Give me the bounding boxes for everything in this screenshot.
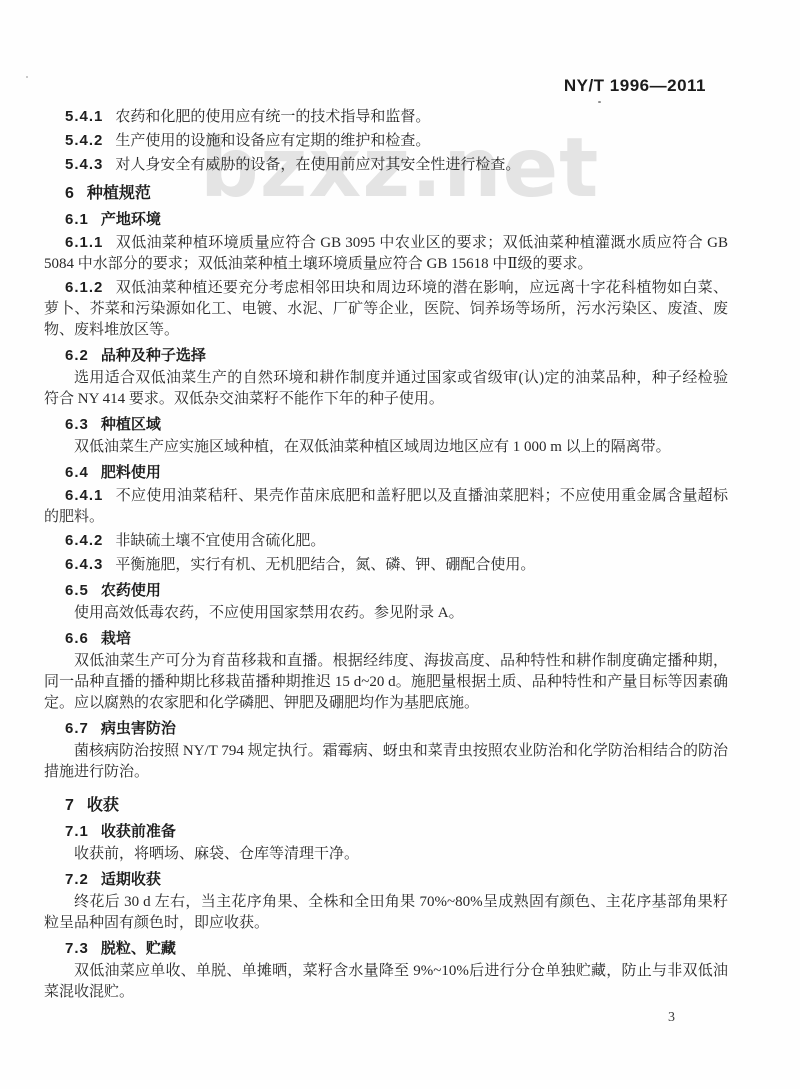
- page-number: 3: [668, 1010, 675, 1026]
- subsection-title: 病虫害防治: [101, 720, 176, 737]
- clause-text: 双低油菜种植环境质量应符合 GB 3095 中农业区的要求；双低油菜种植灌溉水质…: [44, 235, 728, 272]
- subsection-number: 6.2: [65, 347, 89, 364]
- subsection-title: 种植区域: [101, 416, 161, 433]
- paragraph-7-1: 收获前，将晒场、麻袋、仓库等清理干净。: [44, 844, 728, 865]
- subsection-number: 6.7: [65, 720, 89, 737]
- subsection-number: 7.1: [65, 823, 89, 840]
- paragraph-6-3: 双低油菜生产应实施区域种植，在双低油菜种植区域周边地区应有 1 000 m 以上…: [44, 437, 728, 458]
- subsection-title: 品种及种子选择: [101, 347, 206, 364]
- paragraph-7-3: 双低油菜应单收、单脱、单摊晒，菜籽含水量降至 9%~10%后进行分仓单独贮藏，防…: [44, 961, 728, 1003]
- clause-6-4-3: 6.4.3平衡施肥，实行有机、无机肥结合，氮、磷、钾、硼配合使用。: [44, 554, 728, 576]
- section-title: 收获: [87, 797, 119, 814]
- clause-text: 非缺硫土壤不宜使用含硫化肥。: [115, 533, 325, 549]
- clause-6-4-1: 6.4.1不应使用油菜秸秆、果壳作苗床底肥和盖籽肥以及直播油菜肥料；不应使用重金…: [44, 485, 728, 528]
- subsection-6-4-heading: 6.4肥料使用: [44, 462, 728, 483]
- clause-6-1-1: 6.1.1双低油菜种植环境质量应符合 GB 3095 中农业区的要求；双低油菜种…: [44, 232, 728, 275]
- subsection-7-2-heading: 7.2适期收获: [44, 869, 728, 890]
- subsection-title: 脱粒、贮藏: [101, 940, 176, 957]
- standard-number-header: NY/T 1996—2011: [564, 76, 706, 96]
- clause-text: 对人身安全有威胁的设备，在使用前应对其安全性进行检查。: [115, 157, 520, 173]
- clause-number: 5.4.1: [65, 108, 103, 125]
- section-title: 种植规范: [87, 185, 151, 202]
- subsection-title: 栽培: [101, 630, 131, 647]
- subsection-6-6-heading: 6.6栽培: [44, 628, 728, 649]
- subsection-number: 6.1: [65, 211, 89, 228]
- clause-text: 农药和化肥的使用应有统一的技术指导和监督。: [115, 109, 430, 125]
- subsection-title: 农药使用: [101, 582, 161, 599]
- clause-6-1-2: 6.1.2双低油菜种植还要充分考虑相邻田块和周边环境的潜在影响，应远离十字花科植…: [44, 277, 728, 341]
- paragraph-7-2: 终花后 30 d 左右，当主花序角果、全株和全田角果 70%~80%呈成熟固有颜…: [44, 892, 728, 934]
- subsection-number: 6.5: [65, 582, 89, 599]
- clause-number: 5.4.2: [65, 132, 103, 149]
- scan-speck: [26, 76, 28, 78]
- clause-5-4-1: 5.4.1农药和化肥的使用应有统一的技术指导和监督。: [44, 106, 728, 128]
- section-number: 6: [65, 185, 75, 202]
- subsection-title: 适期收获: [101, 871, 161, 888]
- subsection-number: 6.3: [65, 416, 89, 433]
- subsection-number: 7.3: [65, 940, 89, 957]
- subsection-6-7-heading: 6.7病虫害防治: [44, 718, 728, 739]
- paragraph-6-6: 双低油菜生产可分为育苗移栽和直播。根据经纬度、海拔高度、品种特性和耕作制度确定播…: [44, 651, 728, 714]
- section-6-heading: 6种植规范: [44, 183, 728, 204]
- subsection-6-1-heading: 6.1产地环境: [44, 209, 728, 230]
- clause-text: 生产使用的设施和设备应有定期的维护和检查。: [115, 133, 430, 149]
- subsection-7-1-heading: 7.1收获前准备: [44, 821, 728, 842]
- clause-number: 6.1.1: [65, 234, 103, 251]
- paragraph-6-2: 选用适合双低油菜生产的自然环境和耕作制度并通过国家或省级审(认)定的油菜品种，种…: [44, 368, 728, 410]
- scanned-document-page: bzxz.net NY/T 1996—2011 5.4.1农药和化肥的使用应有统…: [0, 0, 800, 1089]
- clause-number: 5.4.3: [65, 156, 103, 173]
- subsection-7-3-heading: 7.3脱粒、贮藏: [44, 938, 728, 959]
- subsection-number: 7.2: [65, 871, 89, 888]
- subsection-6-5-heading: 6.5农药使用: [44, 580, 728, 601]
- subsection-6-2-heading: 6.2品种及种子选择: [44, 345, 728, 366]
- clause-5-4-2: 5.4.2生产使用的设施和设备应有定期的维护和检查。: [44, 130, 728, 152]
- scan-speck: [598, 101, 601, 103]
- document-body: 5.4.1农药和化肥的使用应有统一的技术指导和监督。 5.4.2生产使用的设施和…: [44, 106, 728, 1005]
- clause-number: 6.4.2: [65, 532, 103, 549]
- clause-number: 6.4.3: [65, 556, 103, 573]
- clause-number: 6.4.1: [65, 487, 103, 504]
- clause-5-4-3: 5.4.3对人身安全有威胁的设备，在使用前应对其安全性进行检查。: [44, 154, 728, 176]
- subsection-title: 产地环境: [101, 211, 161, 228]
- paragraph-6-7: 菌核病防治按照 NY/T 794 规定执行。霜霉病、蚜虫和菜青虫按照农业防治和化…: [44, 741, 728, 783]
- clause-text: 不应使用油菜秸秆、果壳作苗床底肥和盖籽肥以及直播油菜肥料；不应使用重金属含量超标…: [44, 488, 728, 525]
- clause-text: 双低油菜种植还要充分考虑相邻田块和周边环境的潜在影响，应远离十字花科植物如白菜、…: [44, 280, 728, 338]
- subsection-title: 收获前准备: [101, 823, 176, 840]
- subsection-title: 肥料使用: [101, 464, 161, 481]
- subsection-number: 6.4: [65, 464, 89, 481]
- subsection-number: 6.6: [65, 630, 89, 647]
- section-7-heading: 7收获: [44, 795, 728, 816]
- paragraph-6-5: 使用高效低毒农药，不应使用国家禁用农药。参见附录 A。: [44, 603, 728, 624]
- clause-6-4-2: 6.4.2非缺硫土壤不宜使用含硫化肥。: [44, 530, 728, 552]
- subsection-6-3-heading: 6.3种植区域: [44, 414, 728, 435]
- clause-number: 6.1.2: [65, 279, 103, 296]
- clause-text: 平衡施肥，实行有机、无机肥结合，氮、磷、钾、硼配合使用。: [115, 557, 535, 573]
- section-number: 7: [65, 797, 75, 814]
